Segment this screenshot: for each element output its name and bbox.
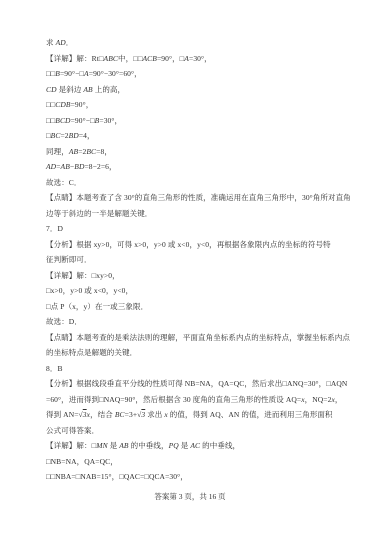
doc-line: 得到 AN=√3x，结合 BC=3+√3 求出 x 的值，得到 AQ、AN 的值… [46, 407, 342, 423]
doc-line: □□BCD=90°−□B=30°， [46, 113, 342, 129]
answer-choice-6: 故选：C． [46, 175, 342, 191]
doc-line: □□CDB=90°， [46, 97, 342, 113]
doc-line: □x>0，y>0 或 x<0，y<0， [46, 283, 342, 299]
doc-line: □BC=2BD=4， [46, 128, 342, 144]
answer-item-7: 7．D [46, 221, 342, 237]
doc-line: □□B=90°−□A=90°−30°=60°， [46, 66, 342, 82]
doc-line: 同理，AB=2BC=8， [46, 144, 342, 160]
page-footer: 答案第 3 页，共 16 页 [0, 491, 380, 503]
doc-line: 边等于斜边的一半是解题关键． [46, 206, 342, 222]
doc-line: 求 AD． [46, 35, 342, 51]
doc-line: 【详解】解：□MN 是 AB 的中垂线，PQ 是 AC 的中垂线， [46, 438, 342, 454]
doc-line: 征判断即可． [46, 252, 342, 268]
doc-line: 【详解】解：□xy>0， [46, 268, 342, 284]
doc-line: 【点睛】本题考查的是乘法法则的理解，平面直角坐标系内点的坐标特点，掌握坐标系内点 [46, 330, 342, 346]
document-page: 求 AD． 【详解】解：Rt□ABC中，□□ACB=90°，□A=30°， □□… [0, 0, 380, 538]
doc-line: 公式可得答案． [46, 423, 342, 439]
doc-line: 的坐标特点是解题的关键． [46, 345, 342, 361]
doc-line: 【点睛】本题考查了含 30°的直角三角形的性质，准确运用在直角三角形中，30°角… [46, 190, 342, 206]
answers-text-block: 求 AD． 【详解】解：Rt□ABC中，□□ACB=90°，□A=30°， □□… [46, 35, 342, 485]
doc-line: □□NBA=□NAB=15°，□QAC=□QCA=30°， [46, 469, 342, 485]
doc-line: 【分析】根据 xy>0，可得 x>0，y>0 或 x<0，y<0，再根据各象限内… [46, 237, 342, 253]
doc-line: 【分析】根据线段垂直平分线的性质可得 NB=NA，QA=QC，然后求出□ANQ=… [46, 376, 342, 392]
answer-item-8: 8．B [46, 361, 342, 377]
doc-line: □NB=NA，QA=QC， [46, 454, 342, 470]
doc-line: CD 是斜边 AB 上的高， [46, 82, 342, 98]
doc-line: AD=AB−BD=8−2=6， [46, 159, 342, 175]
doc-line: 【详解】解：Rt□ABC中，□□ACB=90°，□A=30°， [46, 51, 342, 67]
doc-line: =60°，进而得到□NAQ=90°，然后根据含 30 度角的直角三角形的性质设 … [46, 392, 342, 408]
doc-line: □点 P（x，y）在一或三象限． [46, 299, 342, 315]
answer-choice-7: 故选：D． [46, 314, 342, 330]
